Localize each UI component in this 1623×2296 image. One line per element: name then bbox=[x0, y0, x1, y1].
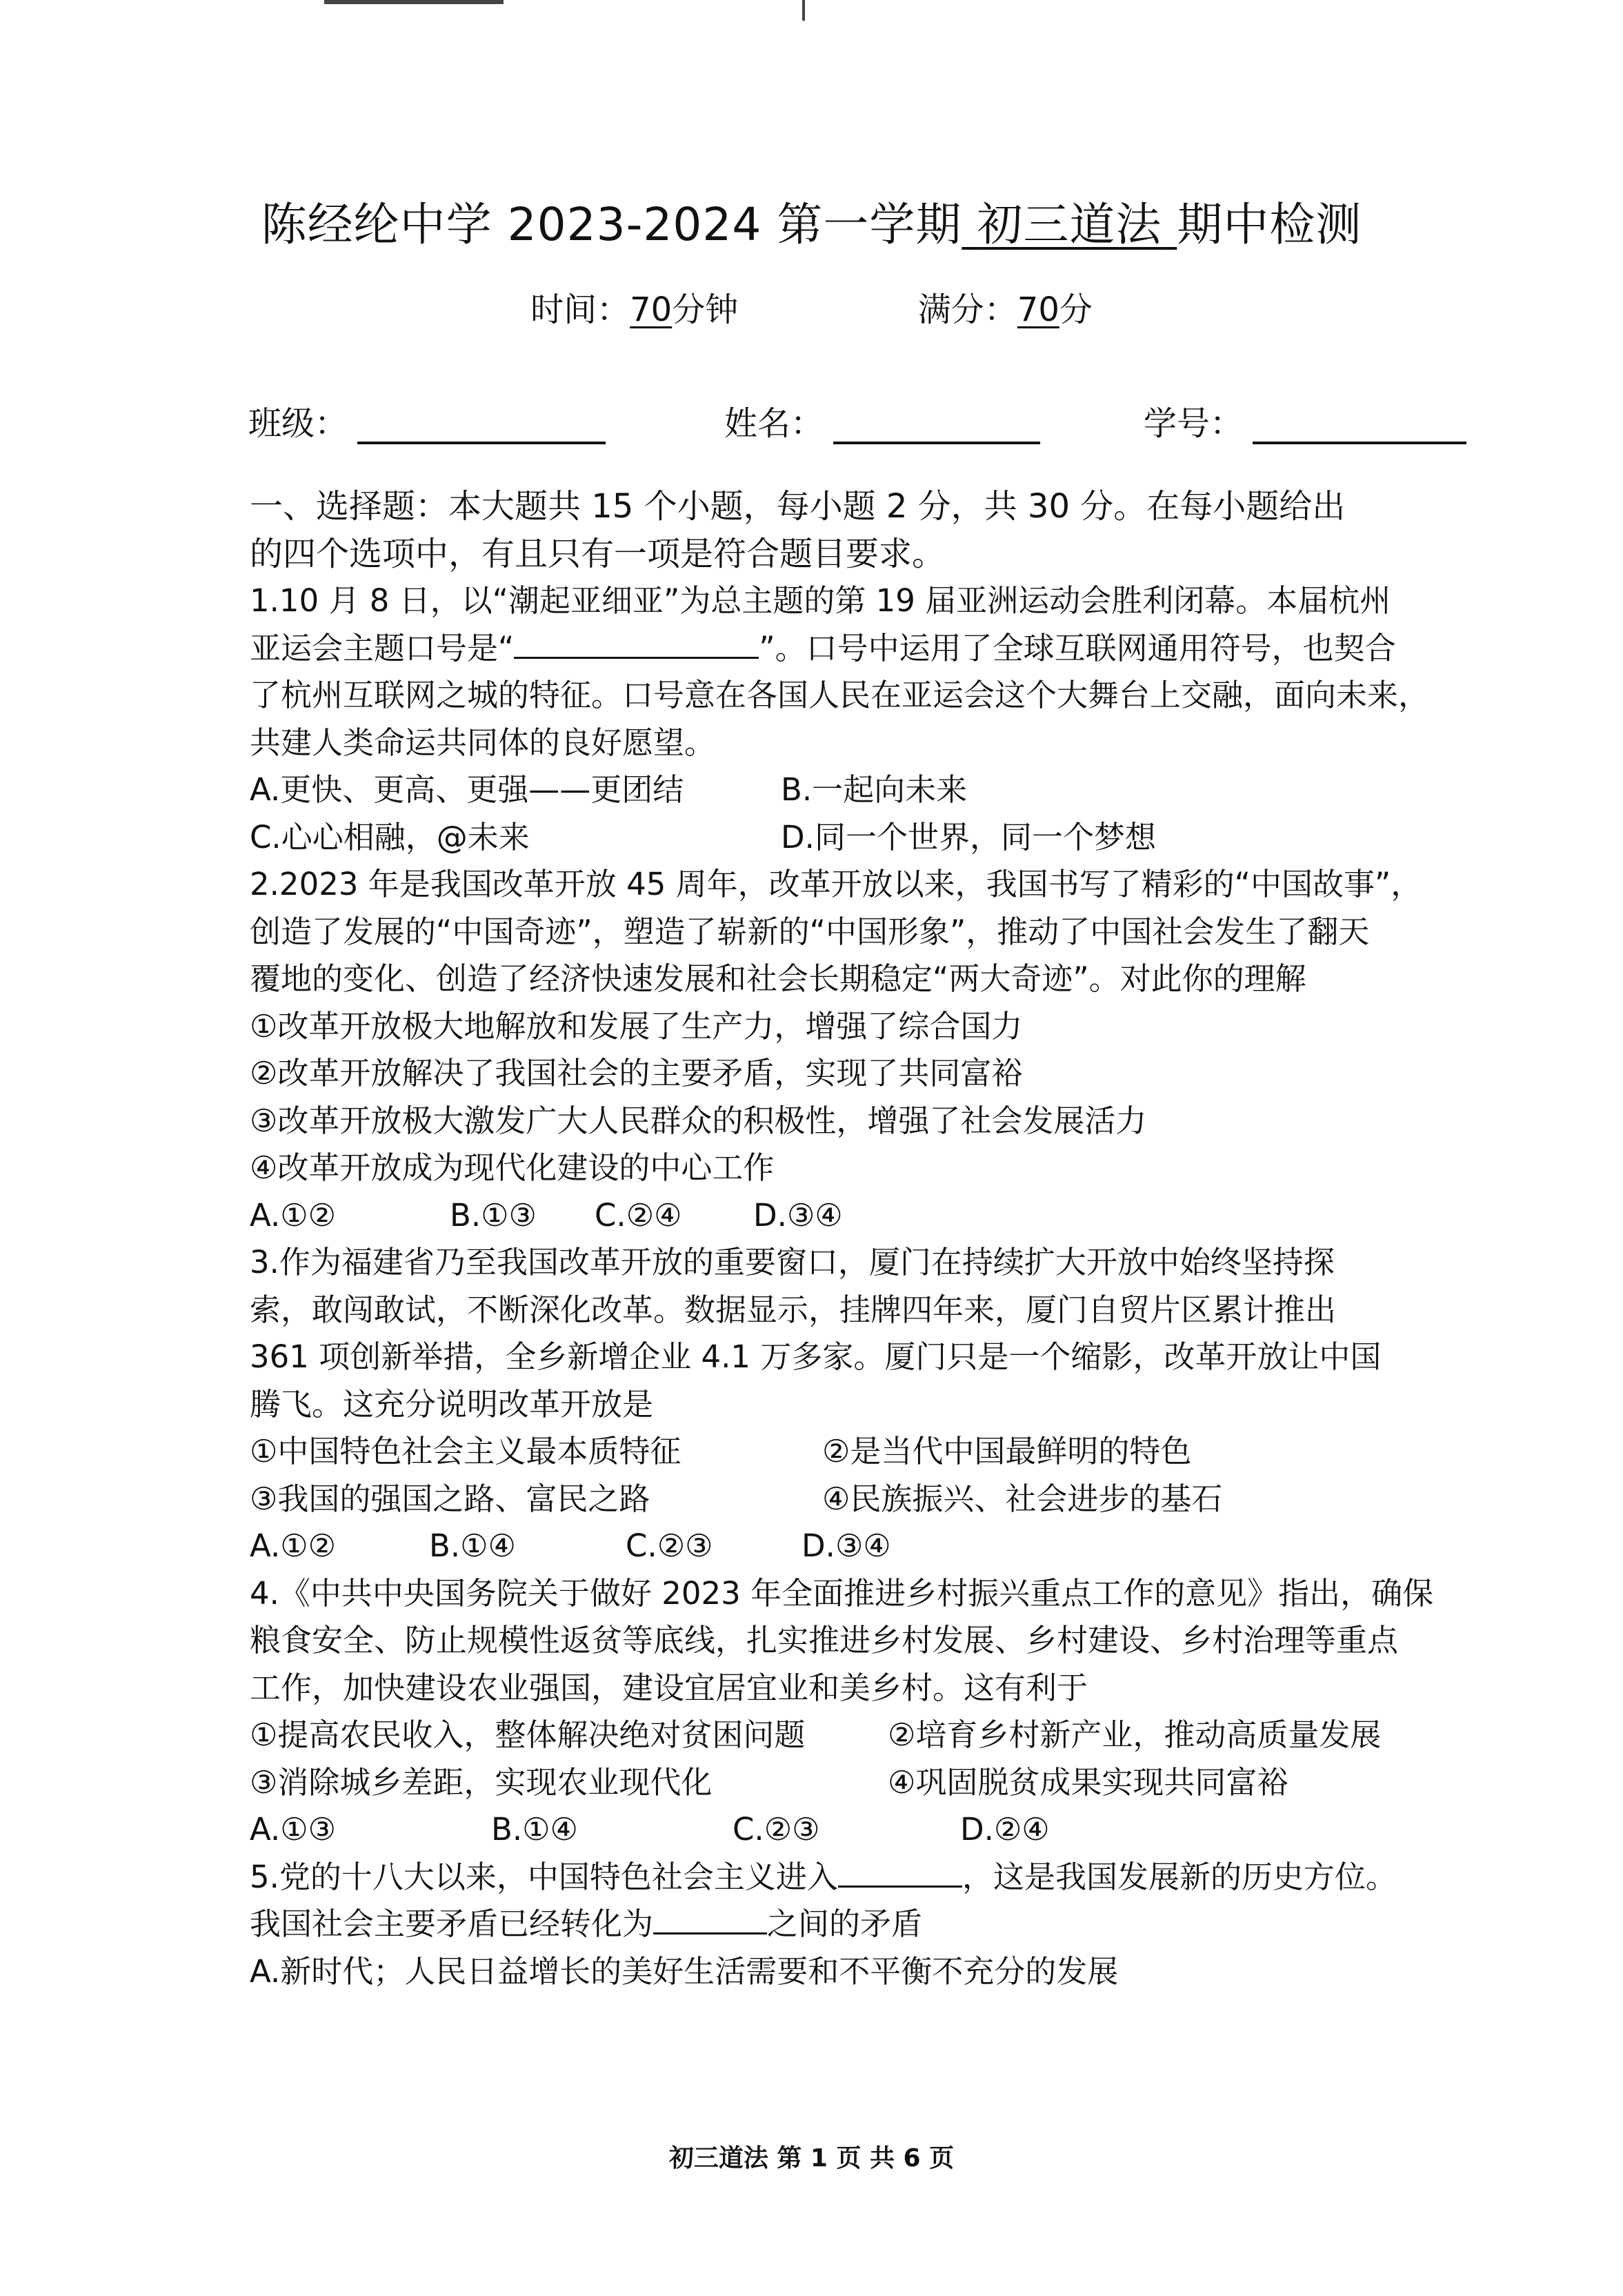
question-text: 361 项创新举措，全乡新增企业 4.1 万多家。厦门只是一个缩影，改革开放让中… bbox=[250, 1334, 1484, 1381]
time-label: 时间： bbox=[530, 290, 630, 329]
time-unit: 分钟 bbox=[672, 290, 738, 329]
exam-type: 期中检测 bbox=[1177, 198, 1362, 251]
question-content: 一、选择题：本大题共 15 个小题，每小题 2 分，共 30 分。在每小题给出 … bbox=[250, 483, 1484, 1995]
question-text: 创造了发展的“中国奇迹”，塑造了崭新的“中国形象”，推动了中国社会发生了翻天 bbox=[250, 909, 1484, 956]
statement: ③消除城乡差距，实现农业现代化 bbox=[250, 1759, 888, 1807]
question-text: 覆地的变化、创造了经济快速发展和社会长期稳定“两大奇迹”。对此你的理解 bbox=[250, 956, 1484, 1003]
class-label: 班级： bbox=[248, 397, 348, 444]
statement: ④改革开放成为现代化建设的中心工作 bbox=[250, 1145, 1484, 1192]
scan-artifact-mark bbox=[802, 0, 805, 21]
question-text: 4.《中共中央国务院关于做好 2023 年全面推进乡村振兴重点工作的意见》指出，… bbox=[250, 1570, 1484, 1618]
option-b[interactable]: B.①④ bbox=[491, 1806, 733, 1854]
answer-blank bbox=[514, 629, 759, 659]
option-a[interactable]: A.新时代；人民日益增长的美好生活需要和不平衡不充分的发展 bbox=[250, 1948, 1484, 1996]
student-id-label: 学号： bbox=[1144, 397, 1243, 444]
question-text: 我国社会主要矛盾已经转化为之间的矛盾 bbox=[250, 1901, 1484, 1948]
student-id-blank[interactable] bbox=[1253, 411, 1466, 444]
page-footer: 初三道法 第 1 页 共 6 页 bbox=[0, 2139, 1623, 2174]
statement: ①提高农民收入，整体解决绝对贫困问题 bbox=[250, 1712, 888, 1759]
question-text: 3.作为福建省乃至我国改革开放的重要窗口，厦门在持续扩大开放中始终坚持探 bbox=[250, 1239, 1484, 1287]
option-a[interactable]: A.①② bbox=[250, 1192, 450, 1240]
answer-blank bbox=[653, 1905, 767, 1934]
statement-row: ①提高农民收入，整体解决绝对贫困问题 ②培育乡村新产业，推动高质量发展 bbox=[250, 1712, 1484, 1759]
scan-artifact-edge bbox=[324, 0, 504, 4]
exam-title: 陈经纶中学 2023-2024 第一学期 初三道法 期中检测 bbox=[0, 188, 1623, 253]
option-d[interactable]: D.同一个世界，同一个梦想 bbox=[781, 814, 1156, 862]
school-term: 陈经纶中学 2023-2024 第一学期 bbox=[261, 198, 962, 251]
question-text: 2.2023 年是我国改革开放 45 周年，改革开放以来，我国书写了精彩的“中国… bbox=[250, 861, 1484, 909]
class-blank[interactable] bbox=[357, 411, 606, 444]
student-id-field[interactable]: 学号： bbox=[1144, 397, 1466, 444]
question-text: 共建人类命运共同体的良好愿望。 bbox=[250, 720, 1484, 767]
statement: ②是当代中国最鲜明的特色 bbox=[822, 1428, 1191, 1476]
question-1: 1.10 月 8 日，以“潮起亚细亚”为总主题的第 19 届亚洲运动会胜利闭幕。… bbox=[250, 577, 1484, 861]
name-field[interactable]: 姓名： bbox=[724, 397, 1040, 444]
statement: ④巩固脱贫成果实现共同富裕 bbox=[888, 1759, 1288, 1807]
section-heading-cont: 的四个选项中，有且只有一项是符合题目要求。 bbox=[250, 531, 1484, 578]
option-c[interactable]: C.②③ bbox=[733, 1806, 960, 1854]
question-text: 索，敢闯敢试，不断深化改革。数据显示，挂牌四年来，厦门自贸片区累计推出 bbox=[250, 1287, 1484, 1334]
exam-meta: 时间：70分钟 满分：70分 bbox=[0, 283, 1623, 330]
question-text: 腾飞。这充分说明改革开放是 bbox=[250, 1381, 1484, 1429]
statement: ③改革开放极大激发广大人民群众的积极性，增强了社会发展活力 bbox=[250, 1098, 1484, 1145]
option-a[interactable]: A.①③ bbox=[250, 1806, 491, 1854]
option-d[interactable]: D.②④ bbox=[960, 1806, 1050, 1854]
statement: ②培育乡村新产业，推动高质量发展 bbox=[888, 1712, 1381, 1759]
statement-row: ③我国的强国之路、富民之路 ④民族振兴、社会进步的基石 bbox=[250, 1476, 1484, 1523]
question-4: 4.《中共中央国务院关于做好 2023 年全面推进乡村振兴重点工作的意见》指出，… bbox=[250, 1570, 1484, 1854]
statement: ①改革开放极大地解放和发展了生产力，增强了综合国力 bbox=[250, 1003, 1484, 1051]
option-row: A.更快、更高、更强——更团结 B.一起向未来 bbox=[250, 766, 1484, 814]
score-label: 满分： bbox=[918, 290, 1017, 329]
option-b[interactable]: B.①③ bbox=[450, 1192, 595, 1240]
option-a[interactable]: A.更快、更高、更强——更团结 bbox=[250, 766, 781, 814]
score-value: 70 bbox=[1017, 290, 1059, 329]
score-unit: 分 bbox=[1059, 290, 1093, 329]
option-row: A.①③ B.①④ C.②③ D.②④ bbox=[250, 1806, 1484, 1854]
option-c[interactable]: C.②④ bbox=[595, 1192, 753, 1240]
question-text: 5.党的十八大以来，中国特色社会主义进入，这是我国发展新的历史方位。 bbox=[250, 1854, 1484, 1901]
statement-row: ①中国特色社会主义最本质特征 ②是当代中国最鲜明的特色 bbox=[250, 1428, 1484, 1476]
time-value: 70 bbox=[630, 290, 672, 329]
option-b[interactable]: B.①④ bbox=[429, 1523, 626, 1570]
option-c[interactable]: C.心心相融，@未来 bbox=[250, 814, 781, 862]
option-row: A.①② B.①③ C.②④ D.③④ bbox=[250, 1192, 1484, 1240]
option-d[interactable]: D.③④ bbox=[801, 1523, 891, 1570]
name-blank[interactable] bbox=[833, 411, 1040, 444]
exam-page: 陈经纶中学 2023-2024 第一学期 初三道法 期中检测 时间：70分钟 满… bbox=[0, 0, 1623, 2296]
option-d[interactable]: D.③④ bbox=[753, 1192, 843, 1240]
name-label: 姓名： bbox=[724, 397, 824, 444]
question-3: 3.作为福建省乃至我国改革开放的重要窗口，厦门在持续扩大开放中始终坚持探 索，敢… bbox=[250, 1239, 1484, 1570]
question-text: 1.10 月 8 日，以“潮起亚细亚”为总主题的第 19 届亚洲运动会胜利闭幕。… bbox=[250, 577, 1484, 625]
question-text: 工作，加快建设农业强国，建设宜居宜业和美乡村。这有利于 bbox=[250, 1665, 1484, 1712]
option-row: A.①② B.①④ C.②③ D.③④ bbox=[250, 1523, 1484, 1570]
option-c[interactable]: C.②③ bbox=[626, 1523, 801, 1570]
option-a[interactable]: A.①② bbox=[250, 1523, 429, 1570]
subject-name: 初三道法 bbox=[962, 198, 1177, 251]
question-5: 5.党的十八大以来，中国特色社会主义进入，这是我国发展新的历史方位。 我国社会主… bbox=[250, 1854, 1484, 1996]
statement: ①中国特色社会主义最本质特征 bbox=[250, 1428, 822, 1476]
class-field[interactable]: 班级： bbox=[248, 397, 606, 444]
question-2: 2.2023 年是我国改革开放 45 周年，改革开放以来，我国书写了精彩的“中国… bbox=[250, 861, 1484, 1239]
question-text: 粮食安全、防止规模性返贫等底线，扎实推进乡村发展、乡村建设、乡村治理等重点 bbox=[250, 1617, 1484, 1665]
section-heading: 一、选择题：本大题共 15 个小题，每小题 2 分，共 30 分。在每小题给出 bbox=[250, 483, 1484, 531]
answer-blank bbox=[838, 1858, 962, 1888]
statement: ④民族振兴、社会进步的基石 bbox=[822, 1476, 1222, 1523]
statement: ②改革开放解决了我国社会的主要矛盾，实现了共同富裕 bbox=[250, 1050, 1484, 1098]
statement-row: ③消除城乡差距，实现农业现代化 ④巩固脱贫成果实现共同富裕 bbox=[250, 1759, 1484, 1807]
statement: ③我国的强国之路、富民之路 bbox=[250, 1476, 822, 1523]
question-text: 了杭州互联网之城的特征。口号意在各国人民在亚运会这个大舞台上交融，面向未来， bbox=[250, 672, 1484, 720]
option-row: C.心心相融，@未来 D.同一个世界，同一个梦想 bbox=[250, 814, 1484, 862]
question-text: 亚运会主题口号是“”。口号中运用了全球互联网通用符号，也契合 bbox=[250, 625, 1484, 673]
option-b[interactable]: B.一起向未来 bbox=[781, 766, 967, 814]
